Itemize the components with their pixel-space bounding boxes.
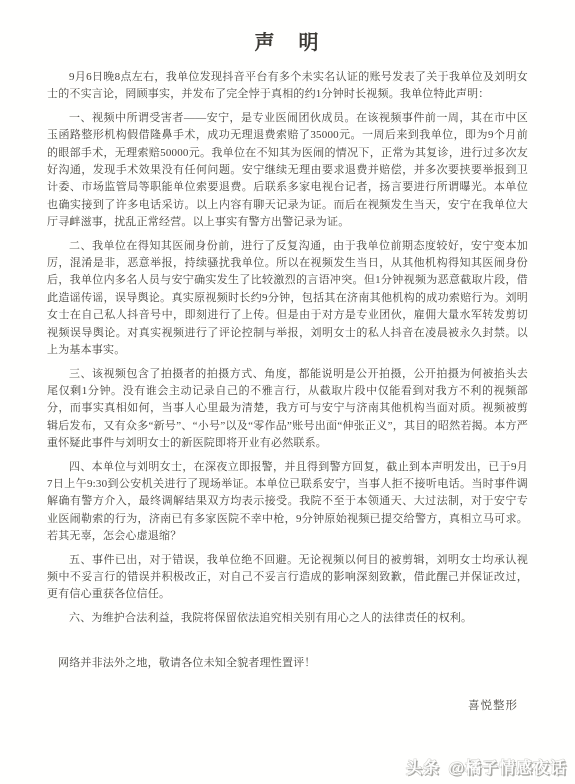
document-title: 声 明 bbox=[47, 26, 528, 55]
statement-item-5: 五、事件已出，对于错误，我单位绝不回避。无论视频以何目的被剪辑，刘明女士均承认视… bbox=[47, 552, 528, 604]
intro-paragraph: 9月6日晚8点左右，我单位发现抖音平台有多个未实名认证的账号发表了关于我单位及刘… bbox=[47, 69, 528, 104]
statement-item-4: 四、本单位与刘明女士，在深夜立即报警，并且得到警方回复，截止到本声明发出，已于9… bbox=[47, 459, 528, 546]
closing-remark: 网络并非法外之地，敬请各位未知全貌者理性置评！ bbox=[47, 655, 528, 672]
toutiao-watermark: 头条 @橘子情感夜话 bbox=[403, 755, 567, 778]
watermark-account-handle: @橘子情感夜话 bbox=[448, 760, 567, 777]
statement-item-6: 六、为维护合法利益，我院将保留依法追究相关别有用心之人的法律责任的权利。 bbox=[47, 610, 528, 627]
statement-item-2: 二、我单位在得知其医闹身份前，进行了反复沟通，由于我单位前期态度较好，安宁变本加… bbox=[47, 238, 528, 360]
statement-document: 声 明 9月6日晚8点左右，我单位发现抖音平台有多个未实名认证的账号发表了关于我… bbox=[0, 0, 575, 784]
signature: 喜悦整形 bbox=[47, 697, 528, 713]
statement-item-3: 三、该视频包含了拍摄者的拍摄方式、角度，都能说明是公开拍摄，公开拍摄为何被掐头去… bbox=[47, 366, 528, 453]
watermark-source-label: 头条 bbox=[406, 760, 440, 777]
statement-item-1: 一、视频中所谓受害者——安宁，是专业医闹团伙成员。在该视频事件前一周，其在市中区… bbox=[47, 110, 528, 232]
